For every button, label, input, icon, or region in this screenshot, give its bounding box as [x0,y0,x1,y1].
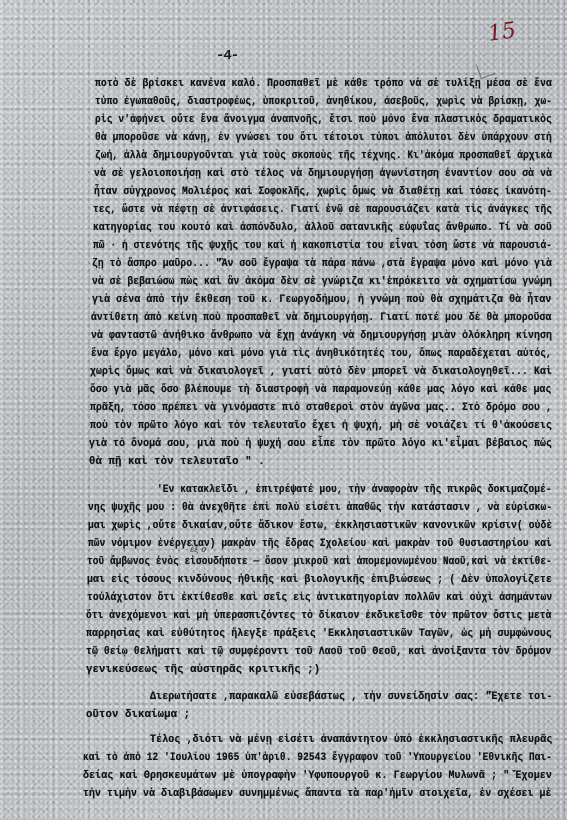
text-line: τύπο ἐγωπαθοῦς, διαστροφέως, ὑποκριτοῦ, … [95,95,552,109]
text-line: ζῃ τὸ ἄσπρο μαῦρο... "Ἂν σοῦ ἔγραψα τὰ π… [92,257,552,271]
text-line: κατηγορίας του κουτὸ καὶ ἀσπόνδυλο, ἀλλο… [93,221,552,235]
handwritten-interlinear-note: ἐξ σ [190,545,207,554]
text-line: τοῦ ἄμβωνος ἑνὸς εἰσουδήποτε — ὅσον μικρ… [87,555,552,569]
text-line: γενικεύσεως τῆς αὐστηρᾶς κριτικῆς ;) [86,663,320,677]
text-line: μαι εἰς τόσους κινδύνους ἠθικῆς καὶ βιολ… [87,573,552,587]
text-line: ἀντίθετη ἀπὸ κείνη ποὺ προσπαθεῖ νὰ δημι… [91,311,551,325]
text-line: τῷ θείῳ θελήματι καὶ τῷ συμφέροντι τοῦ Λ… [86,645,551,659]
text-line: γιὰ τὸ ὄνομά σου, μιὰ ποὺ ἡ ψυχή σου εἶπ… [89,437,552,451]
text-line: νὰ σὲ βεβαιώσω πὼς καὶ ἂν ἀκόμα δὲν σὲ γ… [92,275,552,289]
text-line: γιὰ σένα ἀπὸ τὴν ἔκθεση τοῦ κ. Γεωργοδήμ… [92,293,551,307]
text-line: θὰ πῇ καὶ τὸν τελευταῖο " . [89,455,265,469]
text-line: ἕνα ἔργο μεγάλο, μόνο καὶ μόνο γιὰ τὶς ἀ… [91,347,552,361]
text-line: πῶ · ἡ στενότης τῆς ψυχῆς του καὶ ἡ κακο… [93,239,552,253]
text-line-paragraph-start: Τέλος ,διότι νὰ μένῃ εἰσέτι ἀναπάντητον … [150,733,552,747]
text-line: πρᾶξη, τόσο πρέπει νὰ γινόμαστε πιὸ σταθ… [90,401,552,415]
scanned-document-page: -4- 15 ποτὸ δὲ βρίσκει κανένα καλό. Προσ… [0,0,567,820]
text-line: νὰ φανταστῶ ἀνήθικο ἄνθρωπο νὰ ἔχῃ ἀνάγκ… [91,329,552,343]
text-line: τὴν τιμὴν νὰ διαβιβάσωμεν συνημμένως ἅπα… [83,787,551,801]
text-line: χωρὶς ὅμως καὶ νὰ δικαιολογεῖ , γιατί αὐ… [90,365,552,379]
text-line: ποὺ τὸν πρῶτο λόγο καὶ τὸν τελευταῖο ἔχε… [90,419,552,433]
text-line: νὰ σὲ γελοιοποιήσῃ καὶ στὸ τέλος νὰ δημι… [94,167,552,181]
page-number: -4- [216,48,238,64]
text-line: ζωή, ἀλλὰ δημιουργοῦνται γιὰ τοὺς σκοποὺ… [95,149,552,163]
text-line: οῦτον δικαίωμα ; [86,708,190,722]
text-line: ἦταν σύγχρονος Μολιέρος καὶ Σοφοκλῆς, χω… [94,185,552,199]
text-line: τοὐλάχιστον ὅτι ἐκτίθεσθε καὶ σεῖς εἰς ἀ… [87,591,552,605]
text-line: καὶ τὸ ἀπὸ 12 'Ιουλίου 1965 ὑπ'ἀριθ. 925… [83,751,552,765]
text-line: νης ψυχῆς μου : θὰ ἀνεχθῆτε ἐπὶ πολὺ εἰσ… [88,501,552,515]
text-line: θὰ μποροῦσε νὰ κάνῃ, ἐν γνώσει του ὅτι τ… [95,131,552,145]
text-line: παρρησίας καὶ εὐθύτητος ἤλεγξε πράξεις '… [86,627,552,641]
text-line: τες, ὥστε νὰ πέφτῃ σὲ ἀντιφάσεις. Γιατί … [93,203,552,217]
handwritten-folio-number: 15 [486,18,517,47]
text-line: δείας καὶ Θρησκευμάτων μὲ ὑπογραφὴν 'Υφυ… [83,769,552,783]
text-line-paragraph-start: 'Εν κατακλεῖδι , ἐπιτρέψατέ μου, τὴν ἀνα… [157,483,552,497]
text-line: ὅσο γιὰ μᾶς ὅσο βλέπουμε τὴ διαστροφὴ νὰ… [90,383,551,397]
text-line: ρὶς ν'ἀφήνει οὔτε ἕνα ἄνοιγμα ἀναπνοῆς, … [95,113,552,127]
text-line: πῶν νόμιμον ἐνέργειαν) μακρὰν τῆς ἕδρας … [88,537,552,551]
text-line: μαι χωρὶς ,οὔτε δικαίαν,οὔτε ἄδικον ἔστω… [88,519,552,533]
text-line-paragraph-start: Διερωτήσατε ,παρακαλῶ εὐσεβάστως , τὴν σ… [150,690,552,704]
text-line: ποτὸ δὲ βρίσκει κανένα καλό. Προσπαθεῖ μ… [95,77,552,91]
text-line: ὅτι ἀνεχόμενοι καὶ μὴ ὑπερασπιζόντες τὸ … [86,609,551,623]
